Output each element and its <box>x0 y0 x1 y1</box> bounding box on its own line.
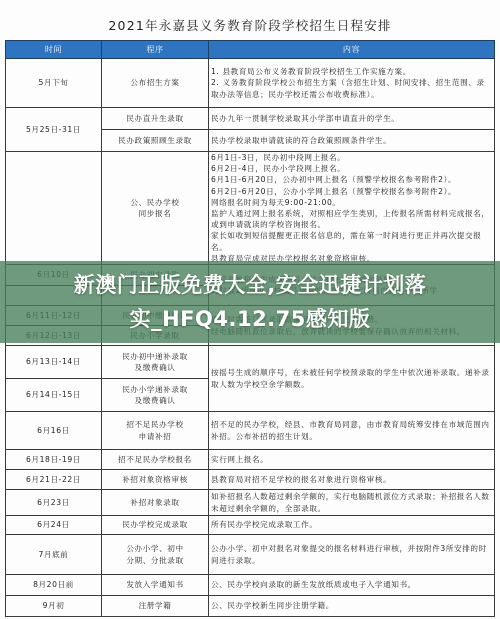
content-text: 6月1日-3日，民办初中段网上报名。 6月2日-4日，民办小学段网上报名。 6月… <box>211 153 490 263</box>
table-row: 5月下旬 公布招生方案 1. 县教育局公布义务教育阶段学校招生工作实施方案。 2… <box>6 59 495 108</box>
time-cell <box>6 152 102 265</box>
column-header-content: 内容 <box>209 41 495 59</box>
time-cell: 6月14日-15日 <box>6 379 102 412</box>
content-cell: 民办学校录取申请就读的符合政策照顾条件学生。 <box>209 130 495 152</box>
step-cell: 招不足民办学校 申请补招 <box>102 412 209 450</box>
table-row: 6月13日-14日 民办初中递补录取 及缴费确认 按摇号生成的顺序号，在未被任何… <box>6 346 495 379</box>
table-row: 5月25日-31日 民办直升生录取 民办九年一贯制学校录取其小学部申请直升的学生… <box>6 108 495 130</box>
step-text: 公、民办学校 同步报名 <box>130 198 179 218</box>
table-row: 7月底前 公办小学、初中 分期、分批录取 公办小学、初中对报名对象提交的报名材料… <box>6 535 495 575</box>
content-cell: 公、民办学校新生同步注册学籍。 <box>209 596 495 617</box>
table-row: 公、民办学校 同步报名 6月1日-3日，民办初中段网上报名。 6月2日-4日，民… <box>6 152 495 265</box>
content-cell: 公、民办学校向录取的新生发放纸质或电子入学通知书。 <box>209 575 495 596</box>
time-cell: 9月初 <box>6 596 102 617</box>
headline-overlay-text: 新澳门正版免费大全,安全迅捷计划落 实_HFQ4.12.75感知版 <box>0 268 500 336</box>
step-cell: 民办小学递补录取 及缴费确认 <box>102 379 209 412</box>
table-row: 6月21日-22日 补招对象资格审核 县教育局对招不足学校的报名对象进行资格审核… <box>6 470 495 490</box>
headline-line-1: 新澳门正版免费大全,安全迅捷计划落 <box>0 268 500 302</box>
step-cell: 发放入学通知书 <box>102 575 209 596</box>
time-cell: 6月23日 <box>6 490 102 516</box>
content-cell: 1. 县教育局公布义务教育阶段学校招生工作实施方案。 2. 义务教育阶段学校公布… <box>209 59 495 108</box>
document-title: 2021年永嘉县义务教育阶段学校招生日程安排 <box>0 16 500 34</box>
column-header-time: 时间 <box>6 41 102 59</box>
time-cell: 7月底前 <box>6 535 102 575</box>
step-cell: 民办初中递补录取 及缴费确认 <box>102 346 209 379</box>
step-cell: 民办政策照顾生录取 <box>102 130 209 152</box>
step-cell: 补招对象资格审核 <box>102 470 209 490</box>
time-cell: 6月21日-22日 <box>6 470 102 490</box>
step-cell: 补招对象录取 <box>102 490 209 516</box>
content-cell: 如补招报名人数超过剩余学额的，实行电脑随机派位方式录取；补招报名人数未超过剩余学… <box>209 490 495 516</box>
step-cell: 民办直升生录取 <box>102 108 209 130</box>
time-cell: 6月18日-19日 <box>6 450 102 470</box>
step-cell: 公布招生方案 <box>102 59 209 108</box>
step-cell: 招不足民办学校报名 <box>102 450 209 470</box>
content-cell: 县教育局对招不足学校的报名对象进行资格审核。 <box>209 470 495 490</box>
table-row: 6月23日 补招对象录取 如补招报名人数超过剩余学额的，实行电脑随机派位方式录取… <box>6 490 495 516</box>
time-cell: 5月下旬 <box>6 59 102 108</box>
step-text: 公办小学、初中 分期、分批录取 <box>126 544 183 564</box>
time-cell: 8月20日前 <box>6 575 102 596</box>
content-cell: 民办九年一贯制学校录取其小学部申请直升的学生。 <box>209 108 495 130</box>
content-cell: 实行网上报名。 <box>209 450 495 470</box>
table-row: 9月初 注册学籍 公、民办学校新生同步注册学籍。 <box>6 596 495 617</box>
time-cell: 6月16日 <box>6 412 102 450</box>
table-row: 6月24日 民办学校完成录取 所有民办学校完成录取工作。 <box>6 516 495 535</box>
time-cell: 6月24日 <box>6 516 102 535</box>
step-cell: 注册学籍 <box>102 596 209 617</box>
column-header-step: 程序 <box>102 41 209 59</box>
content-cell: 按摇号生成的顺序号，在未被任何学校预录取的学生中依次递补录取。递补录取人数为学校… <box>209 346 495 412</box>
table-row: 8月20日前 发放入学通知书 公、民办学校向录取的新生发放纸质或电子入学通知书。 <box>6 575 495 596</box>
step-text: 民办初中递补录取 及缴费确认 <box>122 352 188 372</box>
table-row: 6月18日-19日 招不足民办学校报名 实行网上报名。 <box>6 450 495 470</box>
content-text: 按摇号生成的顺序号，在未被任何学校预录取的学生中依次递补录取。递补录取人数为学校… <box>211 368 490 388</box>
content-text: 1. 县教育局公布义务教育阶段学校招生工作实施方案。 2. 义务教育阶段学校公布… <box>211 67 485 98</box>
step-cell: 公办小学、初中 分期、分批录取 <box>102 535 209 575</box>
table-row: 6月16日 招不足民办学校 申请补招 招不足的民办学校，经县、市教育局同意，由市… <box>6 412 495 450</box>
time-cell: 5月25日-31日 <box>6 108 102 152</box>
headline-line-2: 实_HFQ4.12.75感知版 <box>0 302 500 336</box>
document-page: 2021年永嘉县义务教育阶段学校招生日程安排 时间 程序 内容 5月下旬 公布招… <box>0 0 500 619</box>
step-cell: 公、民办学校 同步报名 <box>102 152 209 265</box>
content-cell: 公办小学、初中对报名对象提交的报名材料进行审核，并按附件3所安排的时间进行录取。 <box>209 535 495 575</box>
step-cell: 民办学校完成录取 <box>102 516 209 535</box>
content-cell: 6月1日-3日，民办初中段网上报名。 6月2日-4日，民办小学段网上报名。 6月… <box>209 152 495 265</box>
content-cell: 招不足的民办学校，经县、市教育局同意，由市教育局统筹安排在市域范围内补招。公布补… <box>209 412 495 450</box>
table-header-row: 时间 程序 内容 <box>6 41 495 59</box>
step-text: 招不足民办学校 申请补招 <box>126 420 183 440</box>
content-cell: 所有民办学校完成录取工作。 <box>209 516 495 535</box>
time-cell: 6月13日-14日 <box>6 346 102 379</box>
step-text: 民办小学递补录取 及缴费确认 <box>122 385 188 405</box>
